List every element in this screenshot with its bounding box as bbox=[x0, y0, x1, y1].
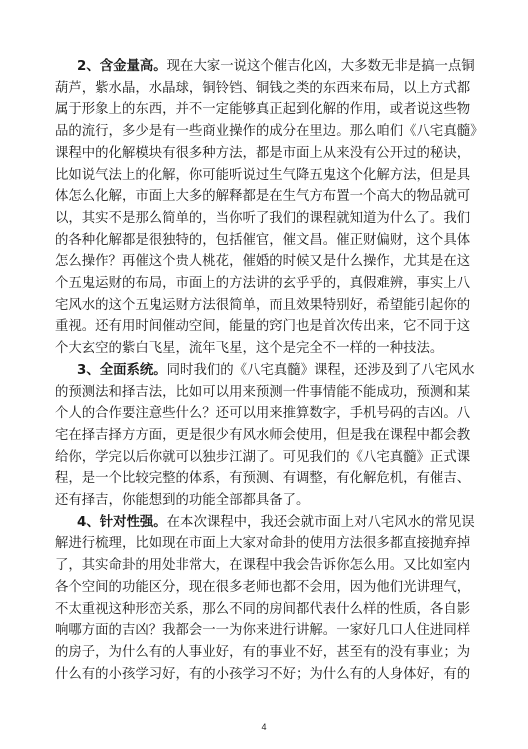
text-line: 的预测法和择吉法，比如可以用来预测一件事情能不能成功，预测和某 bbox=[55, 382, 470, 404]
text-line: 响哪方面的吉凶？我都会一一为你来进行讲解。一家好几口人住进同样 bbox=[55, 620, 470, 642]
text-line: 重视。还有用时间催动空间，能量的窍门也是首次传出来，它不同于这 bbox=[55, 316, 470, 338]
text-line: 的房子，为什么有的人事业好，有的事业不好，甚至有的没有事业；为 bbox=[55, 642, 470, 664]
text-line: 比如说气法上的化解，你可能听说过生气降五鬼这个化解方法，但是具 bbox=[55, 165, 470, 187]
text-line: 品的流行，多少是有一些商业操作的成分在里边。那么咱们《八宅真髓》 bbox=[55, 121, 470, 143]
section-heading: 2、含金量高。 bbox=[77, 59, 167, 74]
section-heading: 3、全面系统。 bbox=[77, 363, 167, 378]
text-line: 的各种化解都是很独特的，包括催官，催文昌。催正财偏财，这个具体 bbox=[55, 230, 470, 252]
text-line: 怎么操作？再催这个贵人桃花，催婚的时候又是什么操作，尤其是在这 bbox=[55, 251, 470, 273]
line-text: 现在大家一说这个催吉化凶，大多数无非是搞一点铜 bbox=[167, 59, 475, 74]
text-line: 2、含金量高。现在大家一说这个催吉化凶，大多数无非是搞一点铜 bbox=[77, 56, 470, 78]
line-text: 同时我们的《八宅真髓》课程，还涉及到了八宅风水 bbox=[167, 363, 475, 378]
text-line: 给你，学完以后你就可以独步江湖了。可见我们的《八宅真髓》正式课 bbox=[55, 447, 470, 469]
text-line: 属于形象上的东西，并不一定能够真正起到化解的作用，或者说这些物 bbox=[55, 99, 470, 121]
text-line: 个大玄空的紫白飞星，流年飞星，这个是完全不一样的一种技法。 bbox=[55, 338, 470, 360]
text-line: 程，是一个比较完整的体系，有预测、有调整，有化解危机，有催吉、 bbox=[55, 468, 470, 490]
text-line: 个人的合作要注意些什么？还可以用来推算数字，手机号码的吉凶。八 bbox=[55, 403, 470, 425]
text-line: 宅风水的这个五鬼运财方法很简单，而且效果特别好，希望能引起你的 bbox=[55, 295, 470, 317]
text-line: 葫芦，紫水晶，水晶球，铜铃铛、铜钱之类的东西来布局，以上方式都 bbox=[55, 78, 470, 100]
text-line: 以，其实不是那么简单的，当你听了我们的课程就知道为什么了。我们 bbox=[55, 208, 470, 230]
page-number: 4 bbox=[258, 722, 270, 732]
document-page: 2、含金量高。现在大家一说这个催吉化凶，大多数无非是搞一点铜 葫芦，紫水晶，水晶… bbox=[0, 0, 528, 749]
text-line: 什么有的小孩学习好，有的小孩学习不好；为什么有的人身体好，有的 bbox=[55, 664, 470, 686]
text-line: 不太重视这种形峦关系，那么不同的房间都代表什么样的性质，各自影 bbox=[55, 599, 470, 621]
text-line: 3、全面系统。同时我们的《八宅真髓》课程，还涉及到了八宅风水 bbox=[77, 360, 470, 382]
text-line: 课程中的化解模块有很多种方法，都是市面上从来没有公开过的秘诀， bbox=[55, 143, 470, 165]
text-line: 体怎么化解，市面上大多的解释都是在生气方布置一个高大的物品就可 bbox=[55, 186, 470, 208]
text-line: 解进行梳理，比如现在市面上大家对命卦的使用方法很多都直接抛弃掉 bbox=[55, 533, 470, 555]
section-heading: 4、针对性强。 bbox=[77, 515, 167, 530]
text-line: 各个空间的功能区分，现在很多老师也都不会用，因为他们光讲理气， bbox=[55, 577, 470, 599]
text-line: 宅在择吉择方方面，更是很少有风水师会使用，但是我在课程中都会教 bbox=[55, 425, 470, 447]
text-line: 个五鬼运财的布局，市面上的方法讲的玄乎乎的，真假难辨，事实上八 bbox=[55, 273, 470, 295]
text-line: 4、针对性强。在本次课程中，我还会就市面上对八宅风水的常见误 bbox=[77, 512, 470, 534]
text-line: 还有择吉，你能想到的功能全部都具备了。 bbox=[55, 490, 470, 512]
text-line: 了，其实命卦的用处非常大，在课程中我会告诉你怎么用。又比如室内 bbox=[55, 555, 470, 577]
line-text: 在本次课程中，我还会就市面上对八宅风水的常见误 bbox=[167, 515, 475, 530]
